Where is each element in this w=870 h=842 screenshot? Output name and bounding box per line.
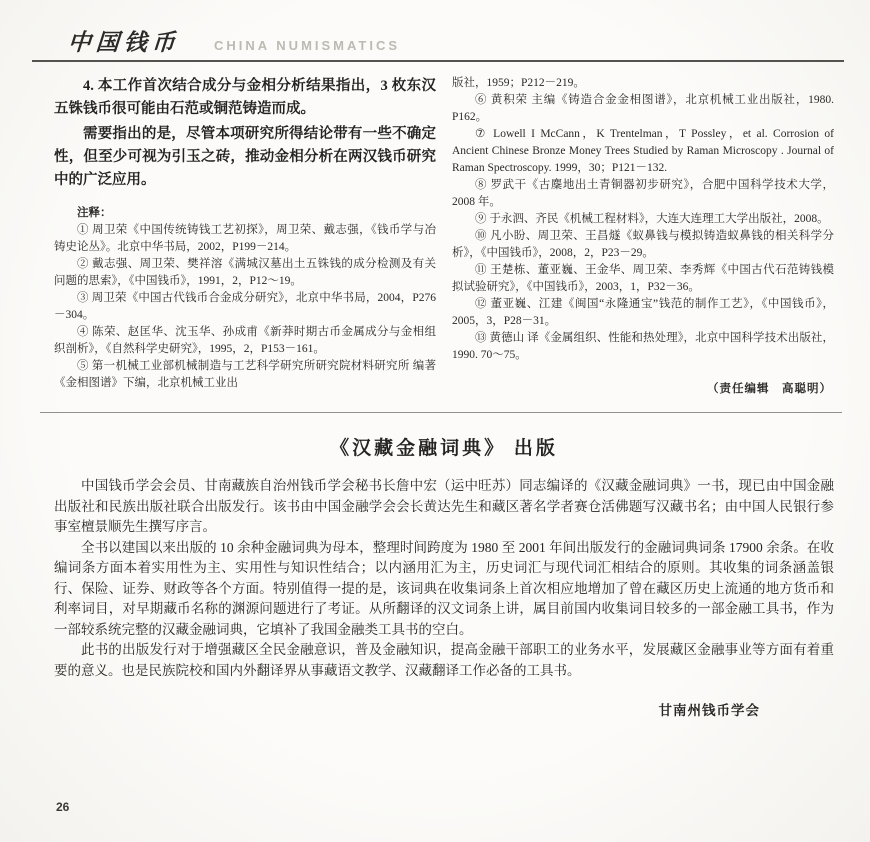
- footnote-2: ② 戴志强、周卫荣、樊祥溶《满城汉墓出土五铢钱的成分检测及有关问题的思索》，《中…: [54, 256, 436, 290]
- footnote-5-continuation: 版社，1959；P212－219。: [452, 75, 834, 92]
- journal-masthead: 中国钱币 CHINA NUMISMATICS: [54, 24, 834, 57]
- article-notes-section: 4. 本工作首次结合成分与金相分析结果指出，3 枚东汉五铢钱币很可能由石范或铜范…: [54, 75, 834, 396]
- announcement-paragraph-2: 全书以建国以来出版的 10 余种金融词典为母本，整理时间跨度为 1980 至 2…: [54, 538, 834, 641]
- footnote-4: ④ 陈荣、赵匡华、沈玉华、孙成甫《新莽时期古币金属成分与金相组织剖析》，《自然科…: [54, 324, 436, 358]
- announcement-signature: 甘南州钱币学会: [54, 699, 834, 719]
- footnote-6: ⑥ 黄积荣 主编《铸造合金金相图谱》，北京机械工业出版社，1980. P162。: [452, 92, 834, 126]
- announcement-title: 《汉藏金融词典》 出版: [54, 433, 834, 460]
- left-column: 4. 本工作首次结合成分与金相分析结果指出，3 枚东汉五铢钱币很可能由石范或铜范…: [54, 75, 436, 396]
- footnote-11: ⑪ 王楚栋、董亚巍、王金华、周卫荣、李秀辉《中国古代石范铸钱模拟试验研究》，《中…: [452, 262, 834, 296]
- footnote-12: ⑫ 董亚巍、江建《闽国“永隆通宝”钱范的制作工艺》，《中国钱币》，2005，3，…: [452, 296, 834, 330]
- section-divider-rule: [40, 412, 842, 413]
- notes-heading: 注释：: [54, 204, 436, 220]
- conclusion-paragraph-2: 需要指出的是，尽管本项研究所得结论带有一些不确定性，但至少可视为引玉之砖，推动金…: [54, 123, 436, 192]
- conclusion-paragraph-1: 4. 本工作首次结合成分与金相分析结果指出，3 枚东汉五铢钱币很可能由石范或铜范…: [54, 75, 436, 121]
- journal-logo-calligraphy: 中国钱币: [67, 24, 181, 57]
- announcement-paragraph-3: 此书的出版发行对于增强藏区全民金融意识，普及金融知识，提高金融干部职工的业务水平…: [54, 640, 834, 681]
- footnote-7: ⑦ Lowell I McCann，K Trentelman，T Possley…: [452, 126, 834, 177]
- announcement-paragraph-1: 中国钱币学会会员、甘南藏族自治州钱币学会秘书长詹中宏（运中旺苏）同志编译的《汉藏…: [54, 476, 834, 538]
- responsible-editor-line: （责任编辑 高聪明）: [452, 380, 832, 396]
- footnote-5: ⑤ 第一机械工业部机械制造与工艺科学研究所研究院材料研究所 编著《金相图谱》下编…: [54, 358, 436, 392]
- journal-name-english: CHINA NUMISMATICS: [214, 38, 400, 53]
- footnote-1: ① 周卫荣《中国传统铸钱工艺初探》，周卫荣、戴志强，《钱币学与冶铸史论丛》。北京…: [54, 222, 436, 256]
- footnote-10: ⑩ 凡小盼、周卫荣、王昌燧《蚁鼻钱与模拟铸造蚁鼻钱的相关科学分析》，《中国钱币》…: [452, 228, 834, 262]
- announcement-section: 《汉藏金融词典》 出版 中国钱币学会会员、甘南藏族自治州钱币学会秘书长詹中宏（运…: [54, 433, 834, 719]
- page-number: 26: [56, 800, 69, 814]
- right-column: 版社，1959；P212－219。 ⑥ 黄积荣 主编《铸造合金金相图谱》，北京机…: [452, 75, 834, 396]
- masthead-rule: [32, 60, 844, 62]
- footnote-13: ⑬ 黄德山 译《金属组织、性能和热处理》，北京中国科学技术出版社，1990. 7…: [452, 330, 834, 364]
- footnote-9: ⑨ 于永泗、齐民《机械工程材料》，大连大连理工大学出版社，2008。: [452, 211, 834, 228]
- journal-page: 中国钱币 CHINA NUMISMATICS 4. 本工作首次结合成分与金相分析…: [0, 0, 870, 842]
- footnote-3: ③ 周卫荣《中国古代钱币合金成分研究》，北京中华书局，2004，P276－304…: [54, 290, 436, 324]
- footnote-8: ⑧ 罗武干《古麇地出土青铜器初步研究》，合肥中国科学技术大学，2008 年。: [452, 177, 834, 211]
